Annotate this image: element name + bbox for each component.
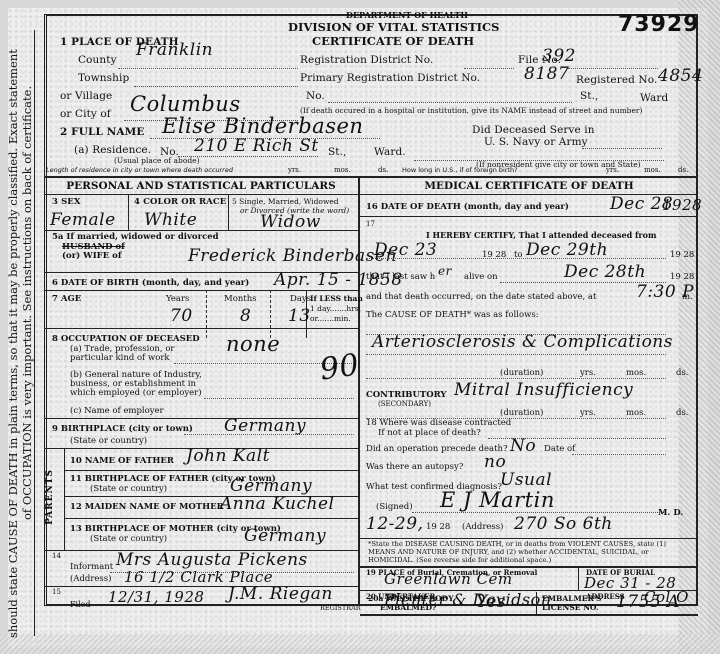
duration-yrs: yrs. — [580, 368, 596, 378]
spouse-value[interactable]: Frederick Binderbasen — [188, 246, 397, 266]
department-label: DEPARTMENT OF HEALTH — [346, 10, 468, 20]
embalmed-value[interactable]: Yes — [476, 592, 506, 612]
last-saw-label: that I last saw h — [366, 272, 435, 282]
secondary-label: (SECONDARY) — [378, 400, 431, 408]
color-race-value[interactable]: White — [144, 210, 197, 230]
md-label: M. D. — [658, 508, 683, 518]
date-of-death-year[interactable]: 1928 — [662, 196, 702, 214]
length-yrs: yrs. — [288, 166, 301, 174]
attended-to-value[interactable]: Dec 29th — [526, 240, 608, 260]
cause-of-death-label: The CAUSE OF DEATH* was as follows: — [366, 310, 539, 320]
duration-label: (duration) — [500, 368, 543, 378]
informant-value[interactable]: Mrs Augusta Pickens — [116, 550, 308, 570]
primary-district-label: Primary Registration District No. — [300, 72, 480, 84]
primary-district-value[interactable]: 8187 — [524, 64, 569, 84]
age-days-value[interactable]: 13 — [288, 306, 311, 326]
residence-ward-label: Ward. — [374, 146, 406, 158]
length-residence-label: Length of residence in city or town wher… — [46, 166, 233, 174]
less-than-min: or.......min. — [310, 314, 351, 323]
spouse-label: 5a If married, widowed or divorced — [52, 232, 219, 242]
autopsy-value[interactable]: no — [484, 452, 506, 472]
contributory-label: CONTRIBUTORY — [366, 390, 447, 400]
last-saw-year[interactable]: 19 28 — [670, 272, 694, 282]
item-17-number: 17 — [366, 220, 375, 228]
operation-value[interactable]: No — [510, 436, 536, 456]
birthplace-value[interactable]: Germany — [224, 416, 306, 436]
contributory-value[interactable]: Mitral Insufficiency — [454, 380, 633, 400]
last-saw-pronoun[interactable]: er — [438, 264, 452, 278]
occupation-b-label-3: which employed (or employer) — [70, 388, 202, 398]
dob-label: 6 DATE OF BIRTH (month, day, and year) — [52, 278, 249, 288]
cause-of-death-value[interactable]: Arteriosclerosis & Complications — [372, 332, 673, 352]
informant-address-label: (Address) — [70, 574, 111, 584]
burial-place-value[interactable]: Greenlawn Cem — [384, 570, 513, 588]
attended-from-value[interactable]: Dec 23 — [374, 240, 437, 260]
certify-statement: I HEREBY CERTIFY, That I attended deceas… — [426, 230, 656, 240]
navy-question-label-2: U. S. Navy or Army — [484, 136, 588, 148]
county-value[interactable]: Franklin — [136, 40, 213, 60]
less-than-label: If LESS than — [310, 294, 363, 303]
autopsy-label: Was there an autopsy? — [366, 462, 463, 472]
duration-ds: ds. — [676, 368, 689, 378]
where-contracted-label-2: If not at place of death? — [378, 428, 481, 438]
signed-label: (Signed) — [376, 502, 413, 512]
certificate-title: CERTIFICATE OF DEATH — [312, 34, 474, 48]
side-instruction-line-1: should state CAUSE OF DEATH in plain ter… — [6, 28, 20, 638]
registered-number-value[interactable]: 4854 — [658, 66, 703, 86]
informant-number: 14 — [52, 552, 61, 560]
city-value[interactable]: Columbus — [130, 92, 241, 116]
age-months-value[interactable]: 8 — [240, 306, 251, 326]
father-name-value[interactable]: John Kalt — [186, 446, 270, 466]
how-long-us-label: How long in U.S., if of foreign birth? — [402, 166, 518, 174]
township-label: Township — [78, 72, 129, 84]
embalmed-label: 20a WAS THE BODY — [368, 594, 454, 603]
parents-label: PARENTS — [45, 469, 55, 525]
registered-number-label: Registered No. — [576, 74, 657, 86]
embalmer-license-label: EMBALMER'S — [542, 594, 601, 603]
embalmer-license-label-2: LICENSE NO. — [542, 603, 599, 612]
wife-label: (or) WIFE of — [62, 251, 121, 261]
duration-yrs-2: yrs. — [580, 408, 596, 418]
length-mos: mos. — [334, 166, 351, 174]
attended-to-label: to — [514, 250, 523, 260]
father-birthplace-state-label: (State or country) — [90, 484, 167, 494]
marital-status-label: 5 Single, Married, Widowed — [232, 197, 339, 206]
side-instructions: should state CAUSE OF DEATH in plain ter… — [6, 28, 46, 638]
physician-address-label: (Address) — [462, 522, 503, 532]
physician-address-value[interactable]: 270 So 6th — [514, 514, 613, 534]
am-pm-label: m. — [682, 292, 693, 302]
registration-district-label: Registration District No. — [300, 54, 433, 66]
sex-label: 3 SEX — [52, 197, 81, 207]
navy-question-label: Did Deceased Serve in — [472, 124, 595, 136]
registrar-label: REGISTRAR — [320, 604, 361, 612]
mother-name-label: 12 MAIDEN NAME OF MOTHER — [70, 502, 224, 512]
mother-name-value[interactable]: Anna Kuchel — [220, 494, 334, 514]
less-than-day: 1 day.......hrs. — [310, 304, 361, 313]
duration-mos-2: mos. — [626, 408, 646, 418]
us-ds: ds. — [678, 166, 688, 174]
residence-st-label: St., — [328, 146, 347, 158]
age-years-value[interactable]: 70 — [170, 306, 193, 326]
operation-date-label: Date of — [544, 444, 575, 454]
alive-on-label: alive on — [464, 272, 498, 282]
residence-label: (a) Residence. — [74, 144, 151, 156]
age-label: 7 AGE — [52, 294, 81, 304]
physician-signature: E J Martin — [440, 488, 555, 512]
occupation-label: 8 OCCUPATION OF DECEASED — [52, 334, 200, 344]
mother-birthplace-state-label: (State or country) — [90, 534, 167, 544]
full-name-label: 2 FULL NAME — [60, 126, 144, 138]
length-ds: ds. — [378, 166, 388, 174]
attended-to-year[interactable]: 19 28 — [670, 250, 694, 260]
last-saw-date-value[interactable]: Dec 28th — [564, 262, 646, 282]
full-name-value[interactable]: Elise Binderbasen — [162, 114, 363, 138]
filed-label: Filed — [70, 600, 91, 609]
division-label: DIVISION OF VITAL STATISTICS — [288, 20, 499, 34]
stamp-number: 73929 — [618, 12, 700, 37]
death-certificate-form: DEPARTMENT OF HEALTH DIVISION OF VITAL S… — [44, 14, 698, 622]
age-years-label: Years — [166, 294, 189, 304]
death-occurred-label: and that death occurred, on the date sta… — [366, 292, 596, 302]
signature-date[interactable]: 12-29, — [366, 514, 423, 534]
signature-year[interactable]: 19 28 — [426, 522, 450, 532]
duration-mos: mos. — [626, 368, 646, 378]
informant-label: Informant — [70, 562, 113, 572]
father-name-label: 10 NAME OF FATHER — [70, 456, 174, 466]
usual-abode-note: (Usual place of abode) — [114, 156, 200, 165]
medical-section-title: MEDICAL CERTIFICATE OF DEATH — [360, 180, 698, 192]
cause-footnote: *State the DISEASE CAUSING DEATH, or in … — [368, 540, 692, 564]
place-ward-label: Ward — [640, 92, 668, 104]
residence-value[interactable]: 210 E Rich St — [194, 136, 319, 156]
attended-from-year[interactable]: 19 28 — [482, 250, 506, 260]
occupation-c-label: (c) Name of employer — [70, 406, 164, 416]
us-mos: mos. — [644, 166, 661, 174]
filed-number: 15 — [52, 588, 61, 596]
duration-ds-2: ds. — [676, 408, 689, 418]
occupation-a-label-2: particular kind of work — [70, 353, 170, 363]
city-label: or City of — [60, 108, 111, 120]
where-contracted-label: 18 Where was disease contracted — [366, 418, 511, 428]
personal-section-title: PERSONAL AND STATISTICAL PARTICULARS — [44, 180, 358, 192]
birthplace-label: 9 BIRTHPLACE (city or town) — [52, 424, 193, 434]
filed-value[interactable]: 12/31, 1928 — [108, 588, 204, 606]
margin-code: 90 — [318, 347, 362, 387]
birthplace-state-label: (State or country) — [70, 436, 147, 446]
us-yrs: yrs. — [606, 166, 619, 174]
father-birthplace-value[interactable]: Germany — [230, 476, 312, 496]
embalmer-license-value[interactable]: 1755 A — [616, 592, 680, 612]
duration-label-2: (duration) — [500, 408, 543, 418]
village-label: or Village — [60, 90, 112, 102]
registrar-signature: J.M. Riegan — [228, 584, 333, 604]
test-diagnosis-value[interactable]: Usual — [500, 470, 552, 490]
marital-status-value[interactable]: Widow — [260, 212, 321, 232]
county-label: County — [78, 54, 117, 66]
age-months-label: Months — [224, 294, 257, 304]
occupation-value[interactable]: none — [226, 332, 280, 356]
place-no-label: No. — [306, 90, 325, 102]
age-days-label: Days — [290, 294, 311, 304]
side-instruction-line-2: of OCCUPATION is very important. See ins… — [20, 28, 34, 638]
color-race-label: 4 COLOR OR RACE — [134, 197, 226, 207]
place-st-label: St., — [580, 90, 599, 102]
sex-value[interactable]: Female — [50, 210, 116, 230]
mother-birthplace-value[interactable]: Germany — [244, 526, 326, 546]
date-of-death-label: 16 DATE OF DEATH (month, day and year) — [366, 202, 569, 212]
embalmed-label-2: EMBALMED? — [380, 603, 436, 612]
scan-noise-bottom — [0, 634, 720, 654]
outer-border-line — [34, 30, 35, 636]
